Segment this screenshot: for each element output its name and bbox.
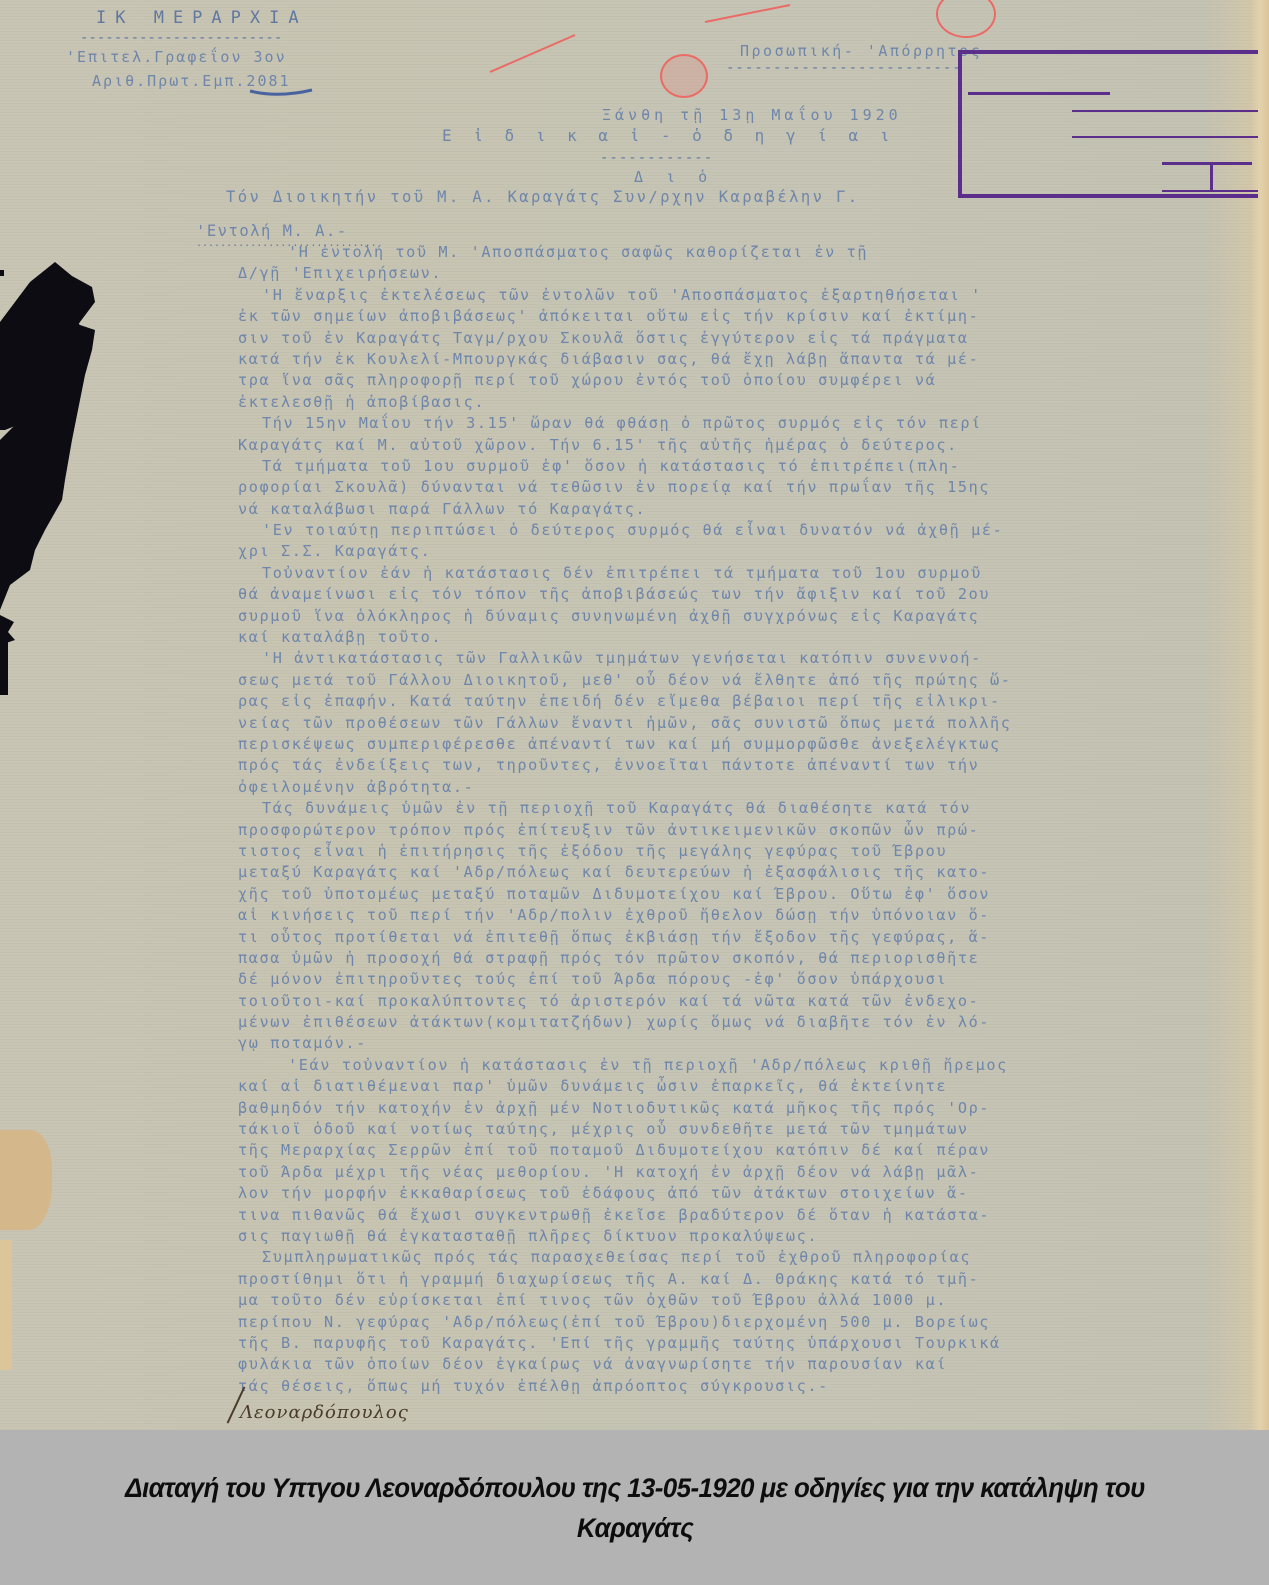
body-line: τοῦ Άρδα μέχρι τῆς νέας μεθορίου. 'Η κατ… [238,1162,1248,1183]
body-line: τιστος εἶναι ἡ ἐπιτήρησις τῆς ἐξόδου τῆς… [238,841,1248,862]
caption-text: Διαταγή του Υπτγου Λεοναρδόπουλου της 13… [68,1468,1201,1548]
body-line: 'Η ἐντολή τοῦ Μ. 'Αποσπάσματος σαφῶς καθ… [238,242,1248,263]
stamp-field-line [1072,110,1258,112]
body-line: καί αἱ διατιθέμεναι παρ' ὑμῶν δυνάμεις ὦ… [238,1076,1248,1097]
paper-edge [1251,0,1269,1430]
body-line: θά ἀναμείνωσι εἰς τόν τόπον τῆς ἀποβιβάσ… [238,584,1248,605]
underline-mark [248,88,314,98]
body-line: σιν τοῦ ἐν Καραγάτς Ταγμ/ρχου Σκουλᾶ ὅστ… [238,328,1248,349]
body-line: κατά τήν ἐκ Κουλελί-Μπουργκάς διάβασιν σ… [238,349,1248,370]
body-line: νά καταλάβωσι παρά Γάλλων τό Καραγάτς. [238,499,1248,520]
body-line: Δ/γῇ 'Επιχειρήσεων. [238,263,1248,284]
body-line: Καραγάτς καί Μ. αὐτοῦ χῶρον. Τήν 6.15' τ… [238,435,1248,456]
body-line: χρι Σ.Σ. Καραγάτς. [238,541,1248,562]
body-line: ἐκ τῶν σημείων ἀποβιβάσεως' ἀπόκειται οὕ… [238,306,1248,327]
classification-label: Προσωπική- 'Απόρρητος [740,42,982,60]
body-line: περίπου Ν. γεφύρας 'Αδρ/πόλεως(ἐπί τοῦ Έ… [238,1312,1248,1333]
body-line: ρας εἰς ἐπαφήν. Κατά ταύτην ἐπειδή δέν ε… [238,691,1248,712]
stamp-mark [1210,162,1213,192]
signature: Λεοναρδόπουλος [240,1402,409,1423]
body-line: τῆς Β. παρυφῆς τοῦ Καραγάτς. 'Επί τῆς γρ… [238,1333,1248,1354]
body-line: Τοὐναντίον ἐάν ἡ κατάστασις δέν ἐπιτρέπε… [238,563,1248,584]
body-line: περισκέψεως συμπεριφέρεσθε ἀπέναντί των … [238,734,1248,755]
body-line: σις παγιωθῇ θά ἐγκατασταθῇ πλῆρες δίκτυο… [238,1226,1248,1247]
division-label: ΙΚ ΜΕΡΑΡΧΙΑ [96,8,308,28]
body-line: νείας τῶν προθέσεων τῶν Γάλλων ἔναντι ἡμ… [238,713,1248,734]
stamp-rule [968,92,1110,95]
body-line: ὀφειλομένην ἀβρότητα.- [238,777,1248,798]
document-body: 'Η ἐντολή τοῦ Μ. 'Αποσπάσματος σαφῶς καθ… [238,242,1248,1397]
body-line: Τήν 15ην Μαΐου τήν 3.15' ὥραν θά φθάσῃ ὁ… [238,413,1248,434]
place-date: Ξάνθη τῇ 13ῃ Μαΐου 1920 [602,106,902,124]
body-line: γῳ ποταμόν.- [238,1033,1248,1054]
body-line: τι οὗτος προτίθεται νά ἐπιτεθῇ ὅπως ἐκβι… [238,927,1248,948]
body-line: πρός τάς ἐνδείξεις των, τηροῦντες, ἐννοε… [238,755,1248,776]
body-line: πασα ὑμῶν ἡ προσοχή θά στραφῇ πρός τόν π… [238,948,1248,969]
body-line: Τάς δυνάμεις ὑμῶν ἐν τῇ περιοχῇ τοῦ Καρα… [238,798,1248,819]
body-line: 'Η ἔναρξις ἐκτελέσεως τῶν ἐντολῶν τοῦ 'Α… [238,285,1248,306]
division-rule: ------------------------ [80,30,282,46]
recipient-line: Τόν Διοικητήν τοῦ Μ. Α. Καραγάτς Συν/ρχη… [226,188,860,206]
body-line: καί καταλάβῃ τοῦτο. [238,627,1248,648]
stamp-field-line [1072,136,1258,138]
body-line: τινα πιθανῶς θά ἔχωσι συγκεντρωθῇ ἐκεῖσε… [238,1205,1248,1226]
caption-bar: Διαταγή του Υπτγου Λεοναρδόπουλου της 13… [0,1430,1269,1585]
body-line: λον τήν μορφήν ἐκκαθαρίσεως τοῦ ἐδάφους … [238,1183,1248,1204]
stamp-field-line [1162,162,1252,165]
paper-stain [0,1130,52,1230]
red-circle-annotation [936,0,996,38]
red-circle-annotation [660,54,708,98]
document-scan: ΙΚ ΜΕΡΑΡΧΙΑ ------------------------ 'Επ… [0,0,1269,1430]
body-line: 'Η ἀντικατάστασις τῶν Γαλλικῶν τμημάτων … [238,648,1248,669]
body-line: 'Εν τοιαύτῃ περιπτώσει ὁ δεύτερος συρμός… [238,520,1248,541]
to-label: Δ ι ὁ [634,168,714,186]
body-line: ἐκτελεσθῇ ἡ ἀποβίβασις. [238,392,1248,413]
body-line: προσφορώτερον τρόπον πρός ἐπίτευξιν τῶν … [238,820,1248,841]
ink-blot [0,240,100,900]
body-line: τάκιοϊ ὁδοῦ καί νοτίως ταύτης, μέχρις οὗ… [238,1119,1248,1140]
title-rule: ------------ [600,150,713,166]
classification-rule: ------------------------- [726,60,962,76]
body-line: φυλάκια τῶν ὁποίων δέον ἐγκαίρως νά ἀναγ… [238,1354,1248,1375]
body-line: ροφορίαι Σκουλᾶ) δύνανται νά τεθῶσιν ἐν … [238,477,1248,498]
paper-stain [0,1240,12,1370]
body-line: αἱ κινήσεις τοῦ περί τήν 'Αδρ/πολιν ἐχθρ… [238,905,1248,926]
body-line: προστίθημι ὅτι ἡ γραμμή διαχωρίσεως τῆς … [238,1269,1248,1290]
body-line: 'Εάν τοὐναντίον ἡ κατάστασις ἐν τῇ περιο… [238,1055,1248,1076]
body-line: τῆς Μεραρχίας Σερρῶν ἐπί τοῦ ποταμοῦ Διδ… [238,1140,1248,1161]
archive-stamp [958,50,1258,198]
body-line: τάς θέσεις, ὅπως μή τυχόν ἐπέλθῃ ἀπρόοπτ… [238,1376,1248,1397]
document-title: Ε ἰ δ ι κ α ἰ - ὁ δ η γ ί α ι [442,126,895,145]
body-line: χῆς τοῦ ὑποτομέως μεταξύ ποταμῶν Διδυμοτ… [238,884,1248,905]
body-line: Συμπληρωματικῶς πρός τάς παρασχεθείσας π… [238,1247,1248,1268]
body-line: μεταξύ Καραγάτς καί 'Αδρ/πόλεως καί δευτ… [238,862,1248,883]
body-line: βαθμηδόν τήν κατοχήν ἐν ἀρχῇ μέν Νοτιοδυ… [238,1098,1248,1119]
body-line: μα τοῦτο δέν εὑρίσκεται ἐπί τινος τῶν ὀχ… [238,1290,1248,1311]
body-line: τρα ἵνα σᾶς πληροφορῇ περί τοῦ χώρου ἐντ… [238,370,1248,391]
body-line: σεως μετά τοῦ Γάλλου Διοικητοῦ, μεθ' οὗ … [238,670,1248,691]
body-line: μένων ἐπιθέσεων ἀτάκτων(κομιτατζήδων) χω… [238,1012,1248,1033]
office-line: 'Επιτελ.Γραφεΐον 3ον [66,48,287,66]
body-line: Τά τμήματα τοῦ 1ου συρμοῦ ἐφ' ὅσον ἡ κατ… [238,456,1248,477]
body-line: δέ μόνον ἐπιτηροῦντες τούς ἐπί τοῦ Άρδα … [238,969,1248,990]
body-line: τοιοῦτοι-καί προκαλύπτοντες τό ἀριστερόν… [238,991,1248,1012]
body-line: συρμοῦ ἵνα ὁλόκληρος ἡ δύναμις συνηνωμέν… [238,606,1248,627]
ink-blot [0,640,8,695]
